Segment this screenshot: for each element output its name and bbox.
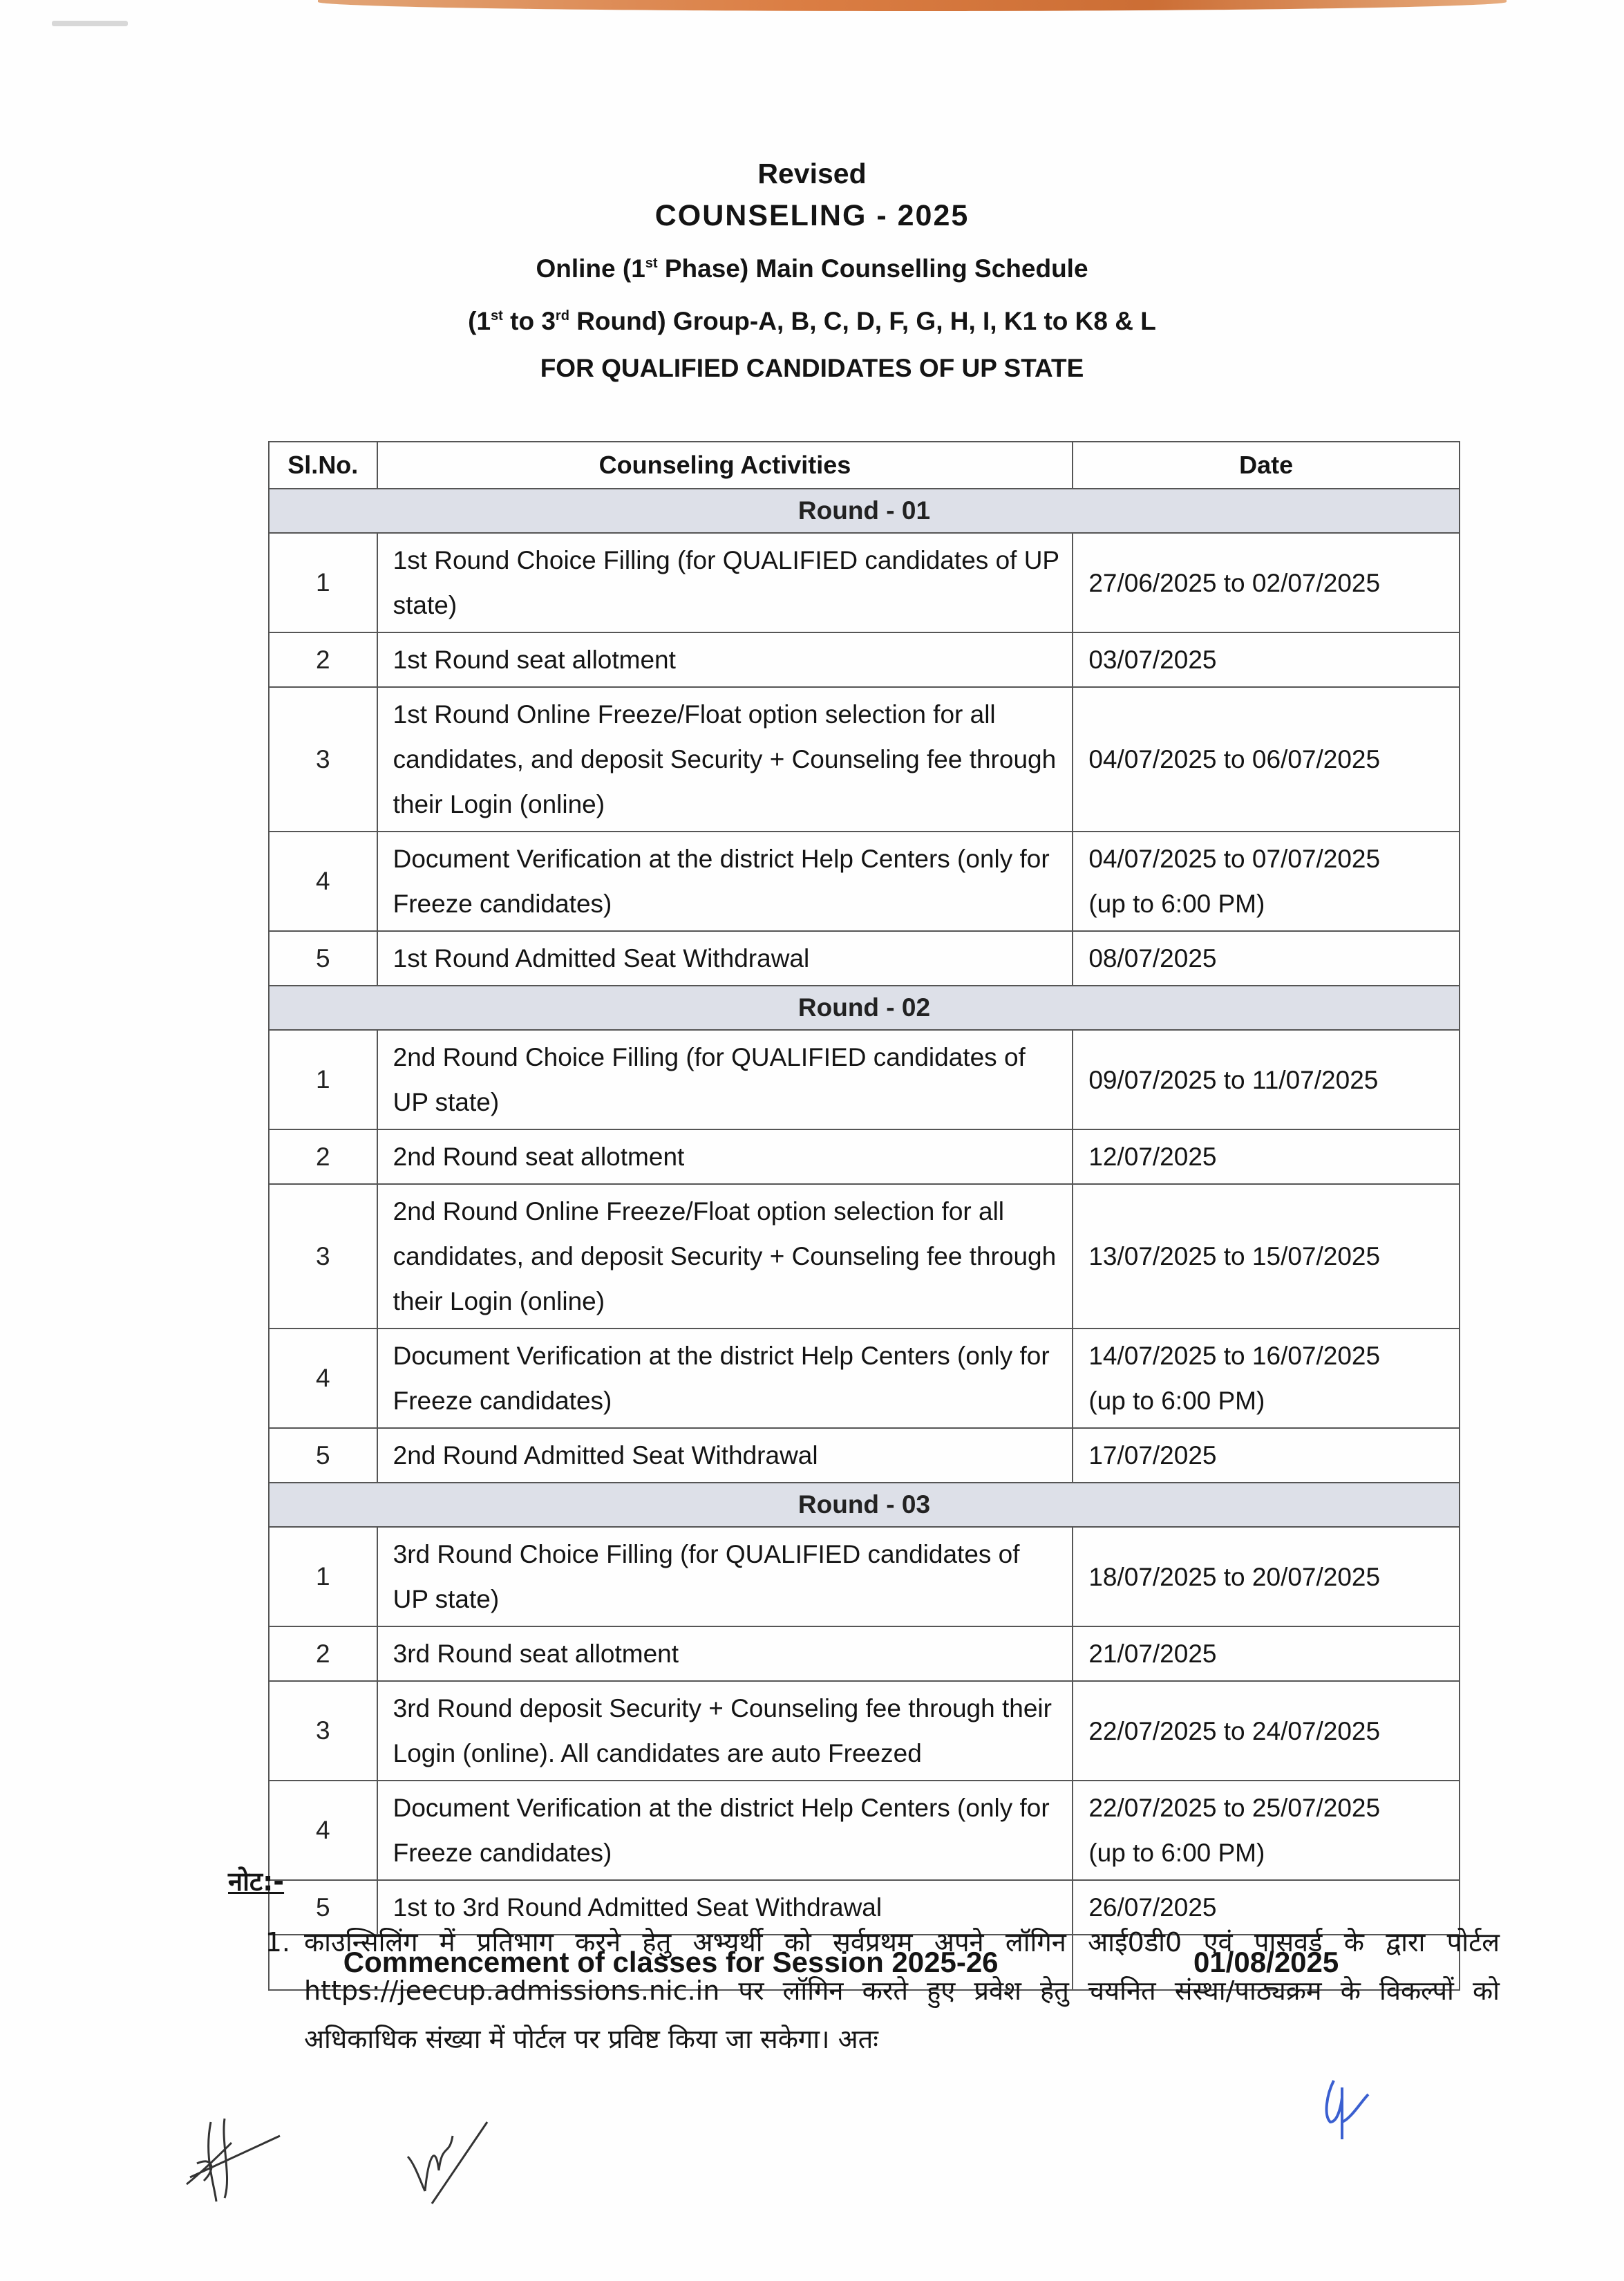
date-cell: 14/07/2025 to 16/07/2025(up to 6:00 PM) xyxy=(1073,1329,1460,1428)
sl-number-cell: 3 xyxy=(269,1681,377,1781)
table-row: 12nd Round Choice Filling (for QUALIFIED… xyxy=(269,1030,1460,1129)
sl-number-cell: 4 xyxy=(269,1329,377,1428)
date-cell: 22/07/2025 to 24/07/2025 xyxy=(1073,1681,1460,1781)
date-cell: 04/07/2025 to 06/07/2025 xyxy=(1073,687,1460,832)
sl-number-cell: 1 xyxy=(269,1527,377,1626)
signature-initials-icon xyxy=(1313,2074,1382,2143)
column-header-activities: Counseling Activities xyxy=(377,442,1073,489)
sl-number-cell: 5 xyxy=(269,931,377,986)
date-time-limit: (up to 6:00 PM) xyxy=(1088,1378,1445,1423)
round-header-row: Round - 03 xyxy=(269,1483,1460,1527)
activity-cell: 1st Round Admitted Seat Withdrawal xyxy=(377,931,1073,986)
column-header-date: Date xyxy=(1073,442,1460,489)
counseling-schedule-table: Sl.No. Counseling Activities Date Round … xyxy=(268,441,1460,1991)
table-row: 4Document Verification at the district H… xyxy=(269,832,1460,931)
signature-1-icon xyxy=(183,2115,328,2205)
subtitle-phase-sup: st xyxy=(645,256,658,271)
table-row: 4Document Verification at the district H… xyxy=(269,1329,1460,1428)
revised-label: Revised xyxy=(0,156,1624,191)
activity-cell: 2nd Round Admitted Seat Withdrawal xyxy=(377,1428,1073,1483)
subtitle-phase-text-b: Phase) Main Counselling Schedule xyxy=(658,254,1088,283)
sl-number-cell: 5 xyxy=(269,1428,377,1483)
table-row: 52nd Round Admitted Seat Withdrawal17/07… xyxy=(269,1428,1460,1483)
activity-cell: 1st Round seat allotment xyxy=(377,632,1073,687)
date-cell: 08/07/2025 xyxy=(1073,931,1460,986)
subtitle-rounds-sup2: rd xyxy=(556,308,569,323)
document-header: Revised COUNSELING - 2025 Online (1st Ph… xyxy=(0,156,1624,392)
subtitle-rounds-sup1: st xyxy=(491,308,503,323)
note-title: नोट:- xyxy=(228,1863,1500,1899)
table-row: 33rd Round deposit Security + Counseling… xyxy=(269,1681,1460,1781)
sl-number-cell: 1 xyxy=(269,1030,377,1129)
date-cell: 13/07/2025 to 15/07/2025 xyxy=(1073,1184,1460,1329)
date-range: 22/07/2025 to 25/07/2025 xyxy=(1088,1785,1445,1830)
subtitle-phase: Online (1st Phase) Main Counselling Sche… xyxy=(0,240,1624,292)
note-item-number: 1. xyxy=(228,1918,304,2063)
activity-cell: 3rd Round deposit Security + Counseling … xyxy=(377,1681,1073,1781)
activity-cell: 2nd Round Choice Filling (for QUALIFIED … xyxy=(377,1030,1073,1129)
date-cell: 04/07/2025 to 07/07/2025(up to 6:00 PM) xyxy=(1073,832,1460,931)
date-time-limit: (up to 6:00 PM) xyxy=(1088,881,1445,926)
activity-cell: Document Verification at the district He… xyxy=(377,832,1073,931)
table-row: 23rd Round seat allotment21/07/2025 xyxy=(269,1626,1460,1681)
sl-number-cell: 2 xyxy=(269,1626,377,1681)
table-row: 21st Round seat allotment03/07/2025 xyxy=(269,632,1460,687)
note-item-text: काउन्सिलिंग में प्रतिभाग करने हेतु अभ्यर… xyxy=(304,1918,1500,2063)
date-cell: 17/07/2025 xyxy=(1073,1428,1460,1483)
subtitle-qualified: FOR QUALIFIED CANDIDATES OF UP STATE xyxy=(0,345,1624,392)
activity-cell: 3rd Round Choice Filling (for QUALIFIED … xyxy=(377,1527,1073,1626)
activity-cell: 1st Round Choice Filling (for QUALIFIED … xyxy=(377,533,1073,632)
date-range: 14/07/2025 to 16/07/2025 xyxy=(1088,1333,1445,1378)
sl-number-cell: 2 xyxy=(269,632,377,687)
round-header-row: Round - 02 xyxy=(269,986,1460,1030)
round-label: Round - 02 xyxy=(269,986,1460,1030)
activity-cell: 1st Round Online Freeze/Float option sel… xyxy=(377,687,1073,832)
sl-number-cell: 3 xyxy=(269,1184,377,1329)
date-cell: 18/07/2025 to 20/07/2025 xyxy=(1073,1527,1460,1626)
activity-cell: 2nd Round seat allotment xyxy=(377,1129,1073,1184)
table-row: 51st Round Admitted Seat Withdrawal08/07… xyxy=(269,931,1460,986)
round-label: Round - 01 xyxy=(269,489,1460,533)
round-label: Round - 03 xyxy=(269,1483,1460,1527)
table-row: 13rd Round Choice Filling (for QUALIFIED… xyxy=(269,1527,1460,1626)
sl-number-cell: 3 xyxy=(269,687,377,832)
date-cell: 21/07/2025 xyxy=(1073,1626,1460,1681)
corner-smudge xyxy=(52,21,128,26)
signature-2-icon xyxy=(404,2115,529,2205)
table-row: 11st Round Choice Filling (for QUALIFIED… xyxy=(269,533,1460,632)
subtitle-rounds-text-b: to 3 xyxy=(503,307,556,335)
sl-number-cell: 4 xyxy=(269,832,377,931)
subtitle-rounds-text-c: Round) Group-A, B, C, D, F, G, H, I, K1 … xyxy=(569,307,1156,335)
activity-cell: 2nd Round Online Freeze/Float option sel… xyxy=(377,1184,1073,1329)
subtitle-rounds-text-a: (1 xyxy=(468,307,491,335)
date-range: 04/07/2025 to 07/07/2025 xyxy=(1088,836,1445,881)
table-row: 32nd Round Online Freeze/Float option se… xyxy=(269,1184,1460,1329)
note-section: नोट:- 1. काउन्सिलिंग में प्रतिभाग करने ह… xyxy=(228,1863,1500,2063)
subtitle-phase-text-a: Online (1 xyxy=(536,254,645,283)
round-header-row: Round - 01 xyxy=(269,489,1460,533)
paper-top-edge-stain xyxy=(318,0,1507,11)
column-header-slno: Sl.No. xyxy=(269,442,377,489)
activity-cell: Document Verification at the district He… xyxy=(377,1329,1073,1428)
subtitle-rounds-groups: (1st to 3rd Round) Group-A, B, C, D, F, … xyxy=(0,292,1624,345)
table-header-row: Sl.No. Counseling Activities Date xyxy=(269,442,1460,489)
date-cell: 27/06/2025 to 02/07/2025 xyxy=(1073,533,1460,632)
table-row: 22nd Round seat allotment12/07/2025 xyxy=(269,1129,1460,1184)
note-item: 1. काउन्सिलिंग में प्रतिभाग करने हेतु अभ… xyxy=(228,1918,1500,2063)
date-cell: 03/07/2025 xyxy=(1073,632,1460,687)
sl-number-cell: 2 xyxy=(269,1129,377,1184)
document-title: COUNSELING - 2025 xyxy=(0,191,1624,240)
sl-number-cell: 1 xyxy=(269,533,377,632)
date-cell: 09/07/2025 to 11/07/2025 xyxy=(1073,1030,1460,1129)
activity-cell: 3rd Round seat allotment xyxy=(377,1626,1073,1681)
date-cell: 12/07/2025 xyxy=(1073,1129,1460,1184)
table-body: Round - 0111st Round Choice Filling (for… xyxy=(269,489,1460,1935)
table-row: 31st Round Online Freeze/Float option se… xyxy=(269,687,1460,832)
